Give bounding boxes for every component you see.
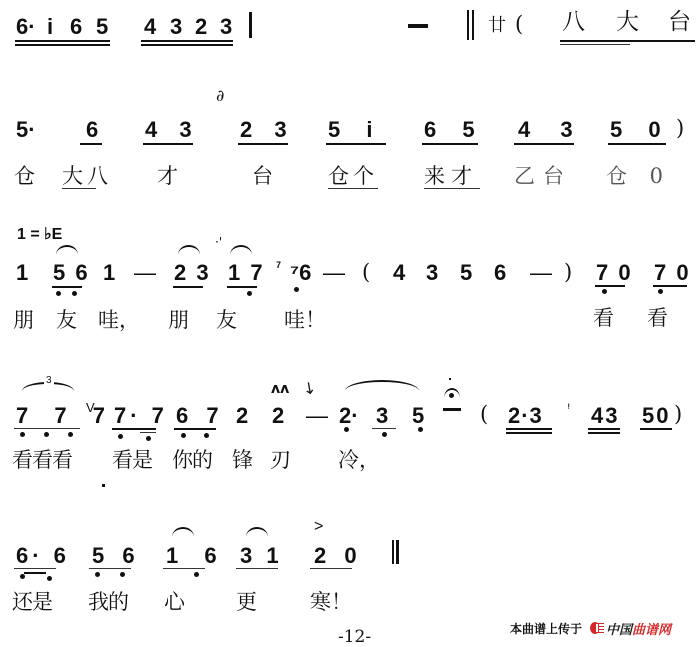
glide-arrow-icon: ↘ xyxy=(299,376,321,399)
note: 5· xyxy=(16,119,36,141)
trill-icon: ᴧᴧ xyxy=(271,381,289,397)
site-logo-icon xyxy=(590,622,604,634)
breath-mark: ∂ xyxy=(216,84,224,108)
lyric: 才 xyxy=(157,164,178,188)
site-logo-part1: 中国 xyxy=(606,619,632,638)
note: 4 3 xyxy=(518,119,585,141)
note: ⁷6 xyxy=(290,262,311,284)
note: 5 6 xyxy=(53,262,90,284)
lyric: 台 xyxy=(252,164,273,188)
note: 2 3 xyxy=(240,119,295,141)
low-dot xyxy=(120,572,125,577)
underline xyxy=(560,44,630,45)
note: 5 xyxy=(412,405,424,427)
underline xyxy=(163,568,205,569)
lyric: 仓 0 xyxy=(606,164,671,188)
note: 2· xyxy=(339,405,359,427)
lyric: 我的 xyxy=(88,590,128,614)
note: 4 xyxy=(144,16,156,38)
note: 7 0 xyxy=(654,262,691,284)
paren-close: ) xyxy=(676,116,684,140)
lyric: 还是 xyxy=(12,590,52,614)
underline xyxy=(328,188,378,189)
lyric: 寒！ xyxy=(310,590,352,614)
lyric: 更 xyxy=(236,590,257,614)
low-dot xyxy=(204,433,209,438)
underline xyxy=(14,428,80,429)
note: 4 3 xyxy=(145,119,200,141)
final-barline xyxy=(396,540,399,564)
underline xyxy=(141,40,233,42)
page-number: -12- xyxy=(338,628,371,646)
lyric: 仓个 xyxy=(328,164,378,188)
underline xyxy=(62,188,96,189)
slur xyxy=(172,527,194,537)
low-dot xyxy=(247,291,252,296)
note: 50 xyxy=(642,405,670,427)
note-high: i xyxy=(47,16,53,38)
note: 5 0 xyxy=(610,119,671,141)
slur xyxy=(56,245,78,255)
underline xyxy=(588,432,620,434)
lyric: 乙台 xyxy=(514,164,572,188)
dash xyxy=(408,24,428,28)
note: 5 xyxy=(460,262,472,284)
lyric: 看看看 xyxy=(12,448,72,472)
paren-open: ( xyxy=(362,260,370,284)
note: 2 0 xyxy=(314,545,363,567)
lyric: 看是 xyxy=(112,448,152,472)
note: 6 xyxy=(494,262,506,284)
underline xyxy=(174,428,216,430)
note: 6 5 xyxy=(424,119,485,141)
grace-note: 7 xyxy=(276,260,281,270)
note: 4 xyxy=(393,262,405,284)
paren-close: ) xyxy=(674,402,682,426)
low-dot xyxy=(344,427,349,432)
final-barline xyxy=(392,540,394,564)
note: 5 xyxy=(96,16,108,38)
underline xyxy=(112,428,156,430)
low-dot xyxy=(294,287,299,292)
dash: — xyxy=(323,262,345,284)
low-dot xyxy=(118,434,123,439)
underline xyxy=(15,40,110,42)
lyric: 哇， xyxy=(98,308,140,332)
barline xyxy=(249,12,252,38)
lyric: 朋 xyxy=(168,308,189,332)
breath-mark: V xyxy=(86,400,95,415)
underline xyxy=(80,143,102,145)
underline xyxy=(310,568,352,569)
underline xyxy=(236,568,278,569)
dash xyxy=(443,408,461,411)
underline xyxy=(424,188,480,189)
underline xyxy=(173,286,203,288)
underline xyxy=(640,428,672,430)
lyric: 心 xyxy=(164,590,185,614)
lyric: 朋 xyxy=(13,308,34,332)
site-logo-part2: 曲谱网 xyxy=(632,619,671,638)
low-dot xyxy=(20,574,25,579)
lyric: 哇！ xyxy=(284,308,326,332)
note: 3 xyxy=(376,405,388,427)
note: 7· 7 xyxy=(114,405,168,427)
lyric: 你的 xyxy=(172,448,212,472)
underline xyxy=(227,286,257,288)
paren-close: ) xyxy=(564,260,572,284)
note: 2 xyxy=(272,405,284,427)
watermark-text: 本曲谱上传于 xyxy=(510,620,582,637)
underline xyxy=(608,143,666,145)
lyric: 锋 xyxy=(232,448,253,472)
low-dot xyxy=(47,576,52,581)
low-dot xyxy=(56,291,61,296)
lyric: 大八 xyxy=(62,164,112,188)
double-barline xyxy=(467,10,469,40)
fermata-dot xyxy=(449,393,454,398)
accent-mark: > xyxy=(314,518,323,536)
note: 6 7 xyxy=(176,405,225,427)
speck xyxy=(102,484,105,487)
note: 2·3 xyxy=(508,405,543,427)
underline xyxy=(653,285,687,287)
note: 1 xyxy=(103,262,115,284)
low-dot xyxy=(658,289,663,294)
dash: — xyxy=(530,262,552,284)
lyric: 仓 xyxy=(14,164,35,188)
lyric: 友 xyxy=(216,308,237,332)
underline xyxy=(372,428,396,429)
percussion: 台 xyxy=(668,10,691,34)
triplet-mark: 3 xyxy=(44,375,54,386)
underline xyxy=(506,432,552,434)
percussion: 大 xyxy=(616,10,639,34)
low-dot xyxy=(146,436,151,441)
note: 1 7 xyxy=(228,262,265,284)
low-dot xyxy=(602,289,607,294)
note: 1 xyxy=(16,262,28,284)
underline xyxy=(588,428,620,430)
note: 2 3 xyxy=(174,262,211,284)
key-signature: 1 = ♭E xyxy=(17,224,62,244)
note: 6 xyxy=(70,16,82,38)
fermata-dot xyxy=(449,378,451,380)
underline xyxy=(506,428,552,430)
lyric: 看 xyxy=(593,306,614,330)
underline xyxy=(326,143,386,145)
underline xyxy=(140,432,156,433)
lyric: 刃 xyxy=(270,448,291,472)
note: 43 xyxy=(591,405,619,427)
grace-mark: ᵎ xyxy=(568,402,569,413)
note: 3 xyxy=(170,16,182,38)
lyric: 看 xyxy=(647,306,668,330)
note: 6· 6 xyxy=(16,545,70,567)
underline xyxy=(52,286,82,288)
underline xyxy=(560,40,695,42)
low-dot xyxy=(95,572,100,577)
underline xyxy=(595,285,625,287)
slur xyxy=(345,380,419,391)
underline xyxy=(238,143,288,145)
breath-mark: ·' xyxy=(215,235,222,249)
watermark: 本曲谱上传于 中国 曲谱网 xyxy=(510,620,671,636)
low-dot xyxy=(68,432,73,437)
dash: — xyxy=(134,262,156,284)
note: 2 xyxy=(195,16,207,38)
underline xyxy=(24,572,46,574)
percussion: 八 xyxy=(562,10,585,34)
underline xyxy=(143,143,193,145)
low-dot xyxy=(181,433,186,438)
slur xyxy=(230,245,252,255)
paren-open: ( xyxy=(515,12,523,36)
lyric: 来才 xyxy=(424,164,478,188)
low-dot xyxy=(20,432,25,437)
low-dot xyxy=(194,572,199,577)
underline xyxy=(141,44,233,46)
note: 2 xyxy=(236,405,248,427)
note: 1 6 xyxy=(166,545,227,567)
underline xyxy=(89,568,131,569)
underline xyxy=(422,143,478,145)
note: 3 1 xyxy=(240,545,283,567)
paren-open: ( xyxy=(480,402,488,426)
underline xyxy=(514,143,574,145)
free-tempo-mark: 廿 xyxy=(488,14,506,38)
underline xyxy=(14,568,56,569)
note: 3 xyxy=(426,262,438,284)
note: 5 6 xyxy=(92,545,141,567)
lyric: 冷， xyxy=(338,448,380,472)
lyric: 友 xyxy=(56,308,77,332)
note: 6· xyxy=(16,16,36,38)
low-dot xyxy=(418,427,423,432)
dash: — xyxy=(306,405,328,427)
note: 6 xyxy=(86,119,98,141)
low-dot xyxy=(72,291,77,296)
double-barline xyxy=(472,10,474,40)
slur xyxy=(246,527,268,537)
note: 3 xyxy=(220,16,232,38)
note: 5 i xyxy=(328,119,382,141)
underline xyxy=(15,44,110,46)
slur xyxy=(178,245,200,255)
low-dot xyxy=(382,432,387,437)
low-dot xyxy=(44,432,49,437)
note: 7 7 7 xyxy=(16,405,115,427)
note: 7 0 xyxy=(596,262,633,284)
